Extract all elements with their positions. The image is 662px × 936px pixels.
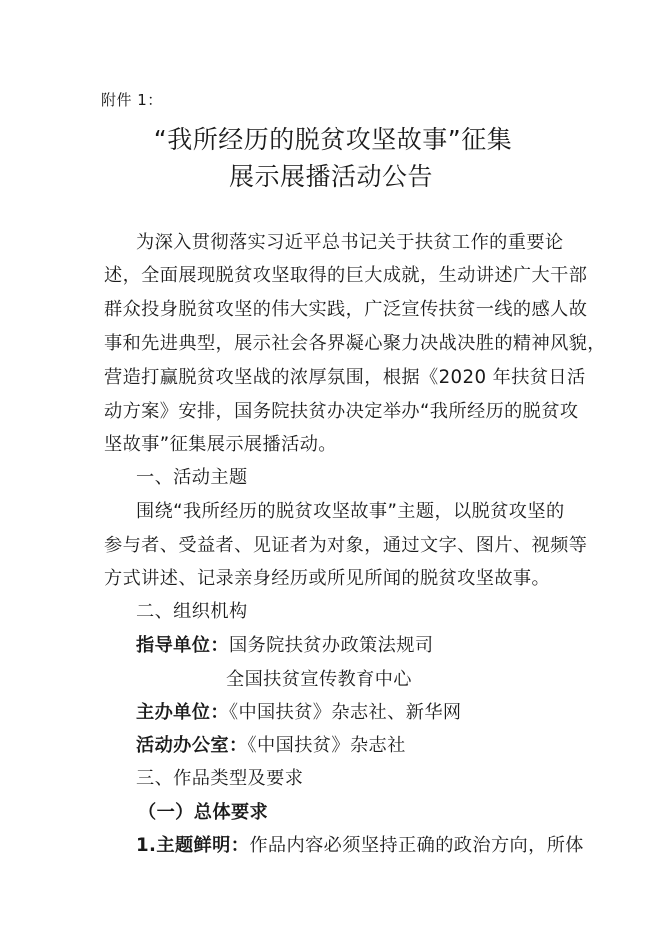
host-unit-value: 《中国扶贫》杂志社、新华网 <box>229 702 462 723</box>
intro-line: 营造打赢脱贫攻坚战的浓厚氛围，根据《2020 年扶贫日活 <box>104 366 564 390</box>
section-1-line: 围绕“我所经历的脱贫攻坚故事”主题，以脱贫攻坚的 <box>136 500 596 524</box>
item-1-row: 1.主题鲜明：作品内容必须坚持正确的政治方向，所体 <box>136 834 596 858</box>
attachment-label: 附件 1： <box>101 89 163 110</box>
title-line-2: 展示展播活动公告 <box>0 157 662 193</box>
intro-line: 为深入贯彻落实习近平总书记关于扶贫工作的重要论 <box>136 231 596 255</box>
section-3-subheading: （一）总体要求 <box>138 801 598 825</box>
guide-unit-row: 指导单位：国务院扶贫办政策法规司 <box>136 634 596 658</box>
item-1-text: 作品内容必须坚持正确的政治方向，所体 <box>249 835 584 856</box>
intro-line: 坚故事”征集展示展播活动。 <box>104 433 564 457</box>
section-2-heading: 二、组织机构 <box>136 600 596 624</box>
intro-line: 事和先进典型，展示社会各界凝心聚力决战决胜的精神风貌， <box>104 332 564 356</box>
guide-unit-value: 国务院扶贫办政策法规司 <box>229 635 433 656</box>
title-line-1: “我所经历的脱贫攻坚故事”征集 <box>0 120 662 156</box>
guide-unit-value-2: 全国扶贫宣传教育中心 <box>226 668 662 692</box>
section-3-heading: 三、作品类型及要求 <box>136 767 596 791</box>
document-page: 附件 1： “我所经历的脱贫攻坚故事”征集 展示展播活动公告 为深入贯彻落实习近… <box>0 0 662 936</box>
host-unit-label: 主办单位： <box>136 702 229 723</box>
section-1-line: 参与者、受益者、见证者为对象，通过文字、图片、视频等 <box>104 534 564 558</box>
guide-unit-label: 指导单位： <box>136 635 229 656</box>
item-1-label: 1.主题鲜明： <box>136 835 249 856</box>
section-1-heading: 一、活动主题 <box>136 466 596 490</box>
intro-line: 群众投身脱贫攻坚的伟大实践，广泛宣传扶贫一线的感人故 <box>104 298 564 322</box>
office-label: 活动办公室： <box>136 735 248 756</box>
host-unit-row: 主办单位：《中国扶贫》杂志社、新华网 <box>136 701 596 725</box>
office-row: 活动办公室：《中国扶贫》杂志社 <box>136 734 596 758</box>
office-value: 《中国扶贫》杂志社 <box>248 735 406 756</box>
section-1-line: 方式讲述、记录亲身经历或所见所闻的脱贫攻坚故事。 <box>104 567 564 591</box>
intro-line: 述，全面展现脱贫攻坚取得的巨大成就，生动讲述广大干部 <box>104 264 564 288</box>
intro-line: 动方案》安排，国务院扶贫办决定举办“我所经历的脱贫攻 <box>104 400 564 424</box>
